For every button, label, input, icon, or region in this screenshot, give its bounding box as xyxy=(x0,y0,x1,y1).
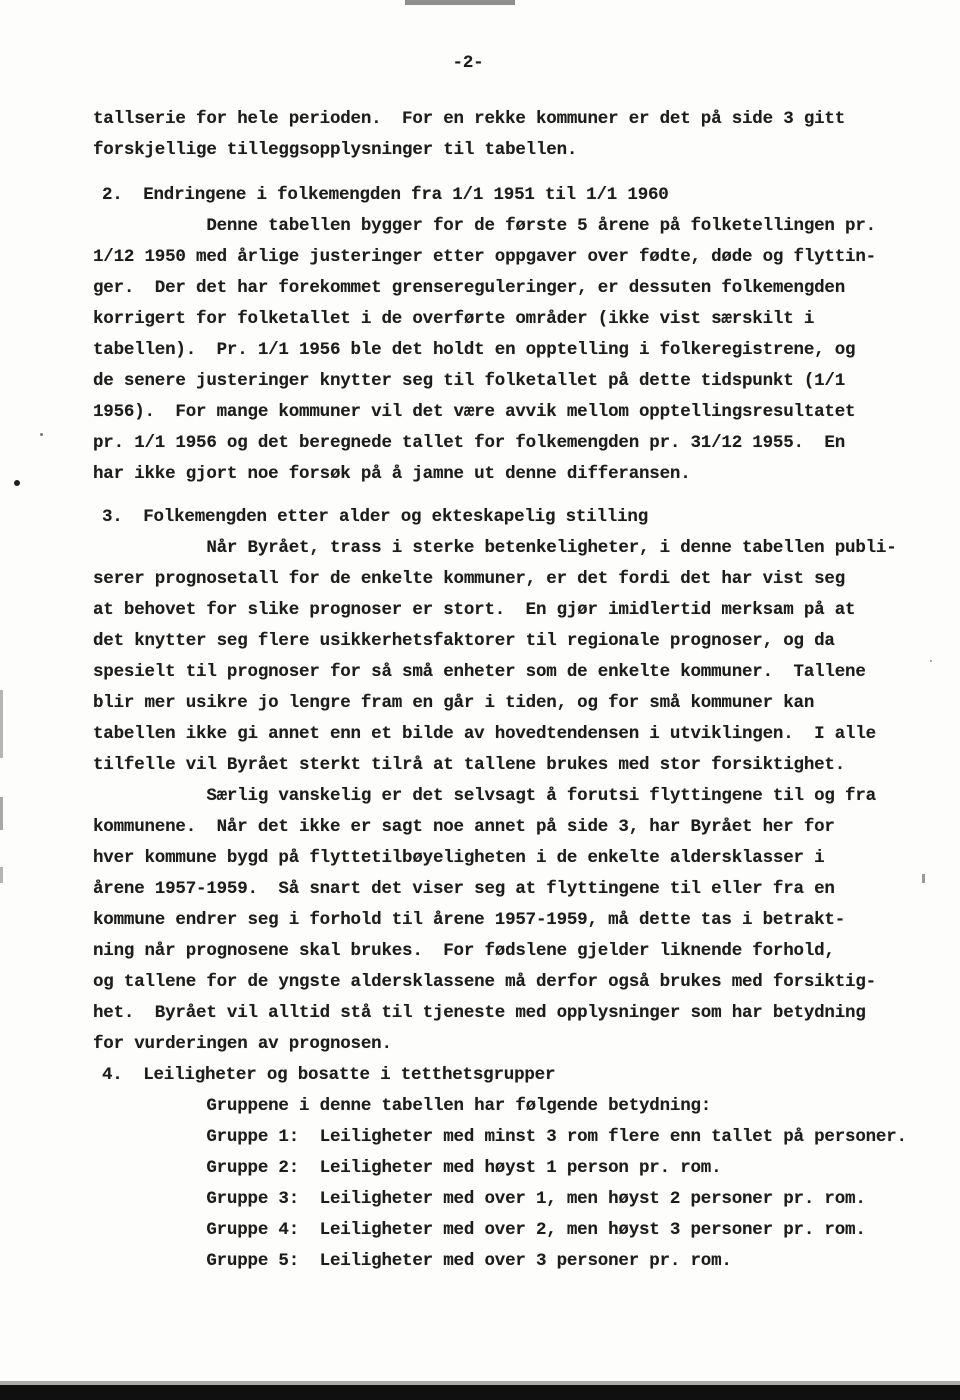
text-line: tallserie for hele perioden. For en rekk… xyxy=(93,104,950,135)
text-line: Denne tabellen bygger for de første 5 år… xyxy=(93,211,950,242)
text-line: ning når prognosene skal brukes. For fød… xyxy=(93,936,950,967)
section-4-paragraph: Gruppene i denne tabellen har følgende b… xyxy=(93,1091,950,1277)
heading-line: 2. Endringene i folkemengden fra 1/1 195… xyxy=(102,180,950,211)
text-line: kommunene. Når det ikke er sagt noe anne… xyxy=(93,812,950,843)
scan-bottom-edge-band xyxy=(0,1385,960,1400)
text-line: serer prognosetall for de enkelte kommun… xyxy=(93,564,950,595)
text-line: het. Byrået vil alltid stå til tjeneste … xyxy=(93,998,950,1029)
section-2-paragraph: Denne tabellen bygger for de første 5 år… xyxy=(93,211,950,490)
scan-top-smudge xyxy=(405,0,515,5)
section-2-heading: 2. Endringene i folkemengden fra 1/1 195… xyxy=(93,180,950,211)
text-line: pr. 1/1 1956 og det beregnede tallet for… xyxy=(93,428,950,459)
page-number: -2- xyxy=(0,48,948,79)
text-line: at behovet for slike prognoser er stort.… xyxy=(93,595,950,626)
scan-left-edge-mark xyxy=(0,690,3,758)
section-3-paragraph: Når Byrået, trass i sterke betenkelighet… xyxy=(93,533,950,1060)
ink-dot xyxy=(14,480,20,486)
text-line: Gruppe 2: Leiligheter med høyst 1 person… xyxy=(93,1153,950,1184)
text-line: for vurderingen av prognosen. xyxy=(93,1029,950,1060)
heading-line: 4. Leiligheter og bosatte i tetthetsgrup… xyxy=(102,1060,950,1091)
scan-left-edge-mark xyxy=(0,797,3,830)
section-4-heading: 4. Leiligheter og bosatte i tetthetsgrup… xyxy=(93,1060,950,1091)
heading-line: 3. Folkemengden etter alder og ekteskape… xyxy=(102,502,950,533)
text-line: årene 1957-1959. Så snart det viser seg … xyxy=(93,874,950,905)
text-line: Når Byrået, trass i sterke betenkelighet… xyxy=(93,533,950,564)
intro-paragraph: tallserie for hele perioden. For en rekk… xyxy=(93,104,950,166)
text-line: tilfelle vil Byrået sterkt tilrå at tall… xyxy=(93,750,950,781)
text-line: Særlig vanskelig er det selvsagt å forut… xyxy=(93,781,950,812)
text-line: har ikke gjort noe forsøk på å jamne ut … xyxy=(93,459,950,490)
text-line: de senere justeringer knytter seg til fo… xyxy=(93,366,950,397)
text-line: tabellen ikke gi annet enn et bilde av h… xyxy=(93,719,950,750)
text-line: det knytter seg flere usikkerhetsfaktore… xyxy=(93,626,950,657)
scanned-document-page: -2- tallserie for hele perioden. For en … xyxy=(0,0,960,1400)
text-line: hver kommune bygd på flyttetilbøyelighet… xyxy=(93,843,950,874)
ink-dot xyxy=(40,433,43,436)
text-line: korrigert for folketallet i de overførte… xyxy=(93,304,950,335)
text-line: spesielt til prognoser for så små enhete… xyxy=(93,657,950,688)
scan-left-edge-mark xyxy=(0,867,3,883)
text-line: Gruppe 3: Leiligheter med over 1, men hø… xyxy=(93,1184,950,1215)
text-line: Gruppe 1: Leiligheter med minst 3 rom fl… xyxy=(93,1122,950,1153)
text-line: 1/12 1950 med årlige justeringer etter o… xyxy=(93,242,950,273)
text-line: Gruppene i denne tabellen har følgende b… xyxy=(93,1091,950,1122)
scan-speck xyxy=(930,660,932,662)
text-line: 1956). For mange kommuner vil det være a… xyxy=(93,397,950,428)
text-line: tabellen). Pr. 1/1 1956 ble det holdt en… xyxy=(93,335,950,366)
scan-speck xyxy=(922,874,925,883)
text-line: blir mer usikre jo lengre fram en går i … xyxy=(93,688,950,719)
section-3-heading: 3. Folkemengden etter alder og ekteskape… xyxy=(93,502,950,533)
text-line: Gruppe 5: Leiligheter med over 3 persone… xyxy=(93,1246,950,1277)
text-line: kommune endrer seg i forhold til årene 1… xyxy=(93,905,950,936)
text-line: og tallene for de yngste aldersklassene … xyxy=(93,967,950,998)
text-line: ger. Der det har forekommet grenseregule… xyxy=(93,273,950,304)
text-line: forskjellige tilleggsopplysninger til ta… xyxy=(93,135,950,166)
text-line: Gruppe 4: Leiligheter med over 2, men hø… xyxy=(93,1215,950,1246)
